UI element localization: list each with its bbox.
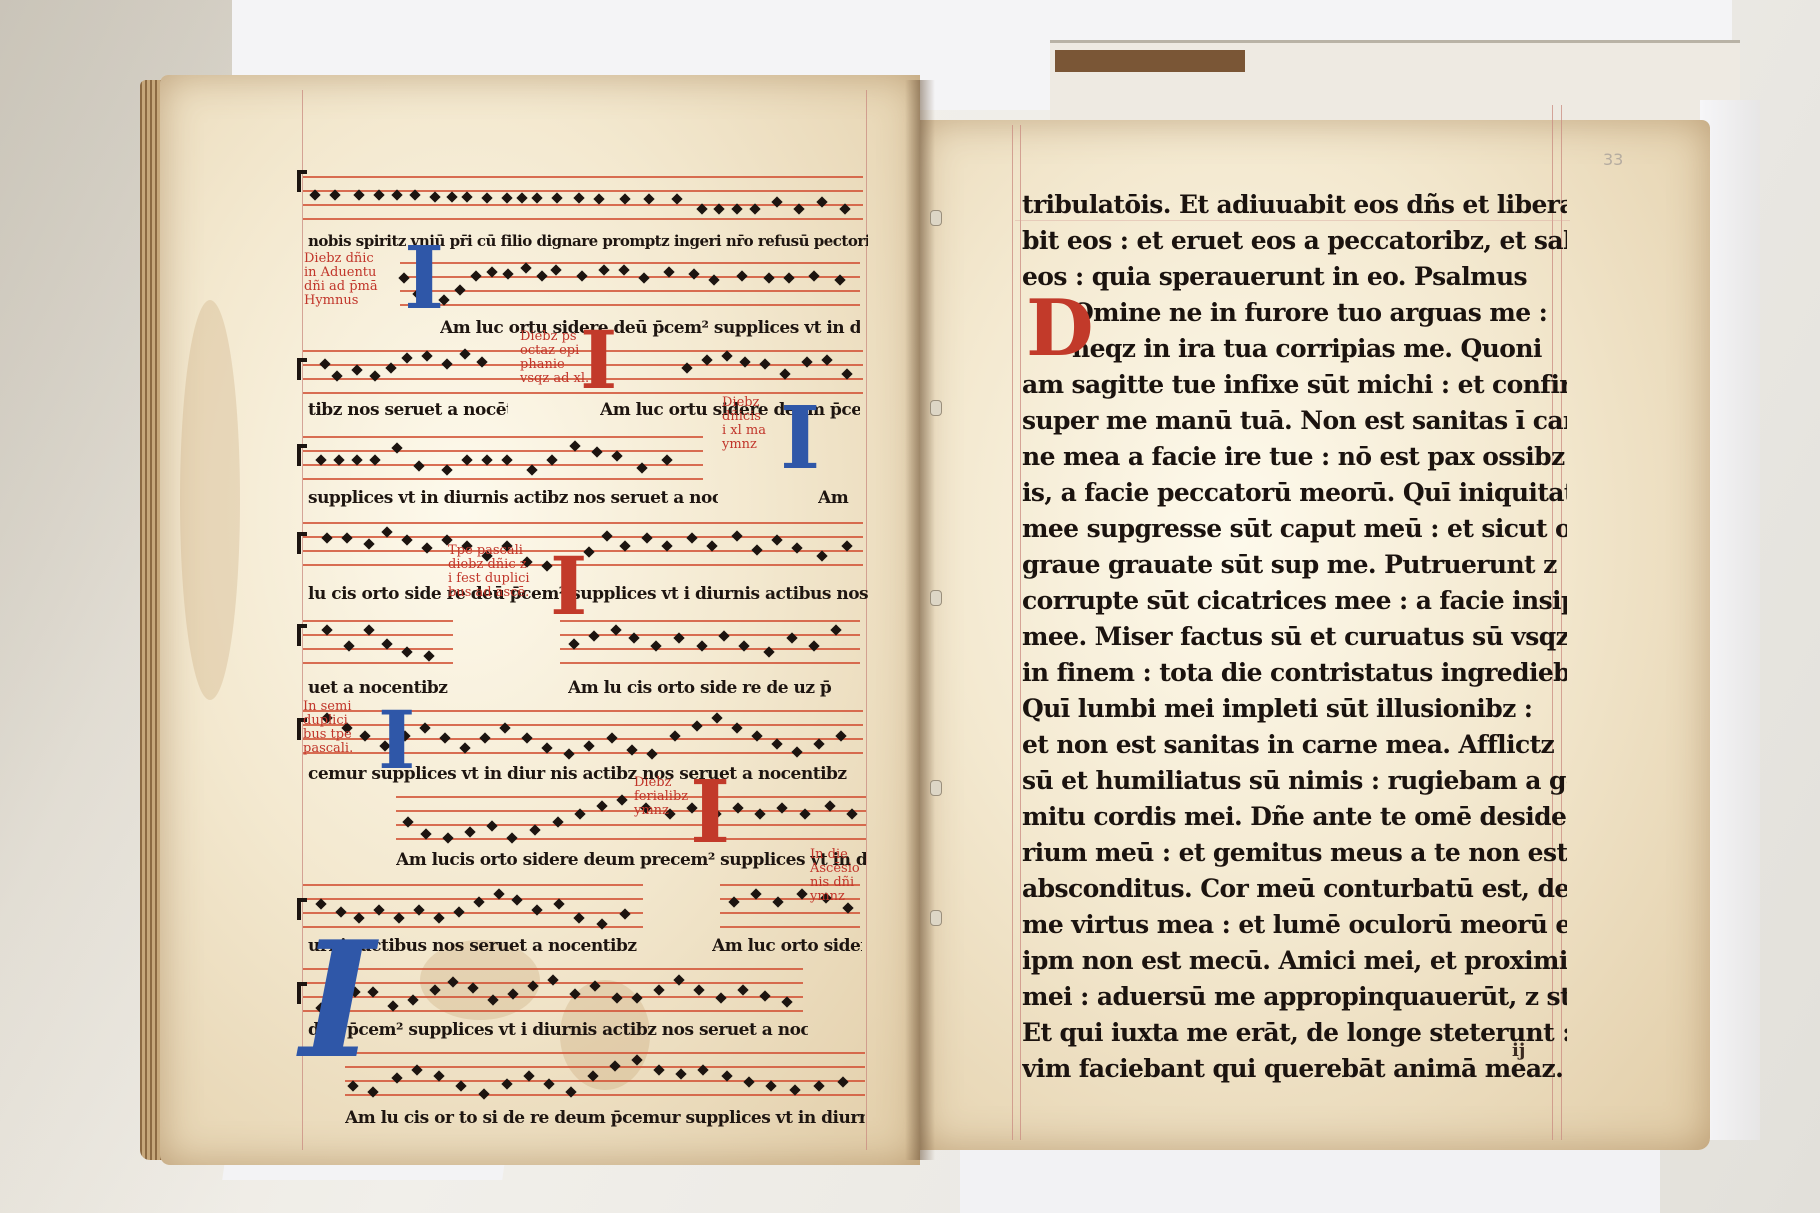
rubric-easter: Tpe pascali diebz dñic z i fest duplici …: [448, 544, 530, 600]
catchword: ij: [1512, 1040, 1525, 1061]
text-line: graue grauate sūt sup me. Putruerunt z: [1022, 550, 1567, 579]
text-line: mitu cordis mei. Dñe ante te omē deside: [1022, 802, 1567, 831]
text-line: mee supgresse sūt caput meū : et sicut o…: [1022, 514, 1567, 543]
initial-letter: I: [690, 770, 730, 856]
lyric-line: nobis spiritz vniū pr̄i cū filio dignare…: [308, 232, 868, 250]
lyric-line: lu cis orto side re deū p̄cem² supplices…: [308, 584, 868, 604]
binding-stitch: [930, 780, 942, 796]
rubric-lent: Diebz dñicis i xl ma ymnz: [722, 396, 766, 452]
music-staff: [303, 620, 453, 668]
text-line: sū et humiliatus sū nimis : rugiebam a g…: [1022, 766, 1567, 795]
lyric-line: Am luc orto sidere: [712, 936, 862, 956]
initial-letter: I: [378, 700, 415, 780]
rubric-ferial: Diebz ferialibz ymnz: [634, 776, 688, 818]
initial-letter-flourished: I: [300, 920, 375, 1080]
music-staff: [345, 1052, 865, 1100]
margin-ruling: [1020, 125, 1021, 1140]
initial-letter: I: [780, 396, 820, 482]
text-line: Et qui iuxta me erāt, de longe steterunt…: [1022, 1018, 1567, 1047]
text-line: me virtus mea : et lumē oculorū meorū et: [1022, 910, 1567, 939]
text-line: absconditus. Cor meū conturbatū est, der…: [1022, 874, 1567, 903]
lyric-line: Am lucis orto sidere deum precem² suppli…: [396, 850, 866, 870]
binding-stitch: [930, 910, 942, 926]
initial-letter: I: [404, 236, 444, 322]
lyric-line: Am luc ortu sidere deū p̄cem² supplices …: [440, 318, 860, 338]
rubric-epiphany: Diebz ps octaz epi phanie vsqz ad xl.: [520, 330, 589, 386]
text-line: et non est sanitas in carne mea. Afflict…: [1022, 730, 1567, 759]
text-line: ne mea a facie ire tue : nō est pax ossi…: [1022, 442, 1567, 471]
text-line: rium meū : et gemitus meus a te non est: [1022, 838, 1567, 867]
lyric-line: Am lu cis orto side re de uz p̄: [568, 678, 868, 698]
music-staff: [396, 796, 866, 844]
music-staff: [303, 436, 703, 484]
text-line: Quī lumbi mei impleti sūt illusionibz :: [1022, 694, 1567, 723]
margin-ruling: [1012, 125, 1013, 1140]
initial-letter-psalm: D: [1026, 290, 1094, 368]
backing-paper-bottom: [960, 1150, 1660, 1213]
music-staff: [303, 176, 863, 224]
text-line: vim faciebant qui querebāt animā meaz.: [1022, 1054, 1567, 1083]
lyric-line: Am: [818, 488, 868, 508]
initial-letter: I: [580, 320, 617, 400]
brown-paper-strip: [1055, 50, 1245, 72]
lyric-line: supplices vt in diurnis actibz nos serue…: [308, 488, 718, 508]
text-line: am sagitte tue infixe sūt michi : et con…: [1022, 370, 1567, 399]
lyric-line: tibz nos seruet a nocētibz: [308, 400, 508, 420]
binding-stitch: [930, 400, 942, 416]
binding-stitch: [930, 590, 942, 606]
text-line: bit eos : et eruet eos a peccatoribz, et…: [1022, 226, 1567, 255]
lyric-line: deū p̄cem² supplices vt i diurnis actibz…: [308, 1020, 808, 1040]
lyric-line: Am lu cis or to si de re deum p̄cemur su…: [345, 1108, 865, 1128]
text-line: corrupte sūt cicatrices mee : a facie in…: [1022, 586, 1567, 615]
folio-number: 33: [1603, 150, 1623, 169]
text-line: mee. Miser factus sū et curuatus sū vsqz: [1022, 622, 1567, 651]
rubric-advent: Diebz dñic in Aduentu dñi ad p̄mā Hymnus: [304, 252, 378, 308]
music-staff: [303, 968, 803, 1016]
text-line: in finem : tota die contristatus ingredi…: [1022, 658, 1567, 687]
initial-letter: I: [550, 546, 587, 626]
edge-stain: [180, 300, 240, 700]
music-staff: [400, 262, 860, 310]
text-line: ipm non est mecū. Amici mei, et proximi: [1022, 946, 1567, 975]
text-line: eos : quia sperauerunt in eo. Psalmus: [1022, 262, 1567, 291]
text-line: is, a facie peccatorū meorū. Quī iniquit…: [1022, 478, 1567, 507]
rubric-semiduplex: In semi duplici bus tpe pascali.: [303, 700, 353, 756]
text-line: neqz in ira tua corripias me. Quoni: [1072, 334, 1567, 363]
text-line: super me manū tuā. Non est sanitas ī car: [1022, 406, 1567, 435]
text-line: tribulatōis. Et adiuuabit eos dñs et lib…: [1022, 190, 1567, 219]
book-gutter: [905, 80, 935, 1160]
binding-stitch: [930, 210, 942, 226]
text-line: mei : aduersū me appropinquauerūt, z ste…: [1022, 982, 1567, 1011]
text-line: Omine ne in furore tuo arguas me :: [1072, 298, 1567, 327]
music-staff: [560, 620, 860, 668]
rubric-ascension: In die Ascēsio nis dñi ymnz: [810, 848, 860, 904]
